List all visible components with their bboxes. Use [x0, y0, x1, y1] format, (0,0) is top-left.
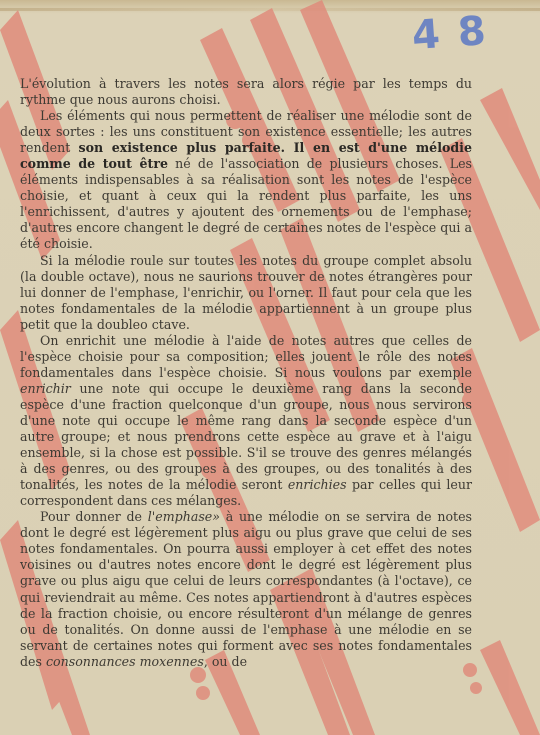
paragraph: On enrichit une mélodie à l'aide de note…: [20, 333, 472, 510]
italic-term: l'emphase»: [148, 509, 220, 524]
scanned-page: 48 L'évolution à travers les notes sera …: [0, 0, 540, 735]
paragraph: Si la mélodie roule sur toutes les notes…: [20, 253, 472, 333]
paragraph: L'évolution à travers les notes sera alo…: [20, 76, 472, 108]
paragraph: Pour donner de l'emphase» à une mélodie …: [20, 509, 472, 669]
page-number-handwritten: 48: [411, 7, 506, 59]
paragraph: Les éléments qui nous permettent de réal…: [20, 108, 472, 252]
italic-term: consonnances moxennes: [46, 654, 204, 669]
body-text: L'évolution à travers les notes sera alo…: [20, 76, 472, 670]
italic-term: enrichies: [288, 477, 347, 492]
italic-term: enrichir: [20, 381, 71, 396]
